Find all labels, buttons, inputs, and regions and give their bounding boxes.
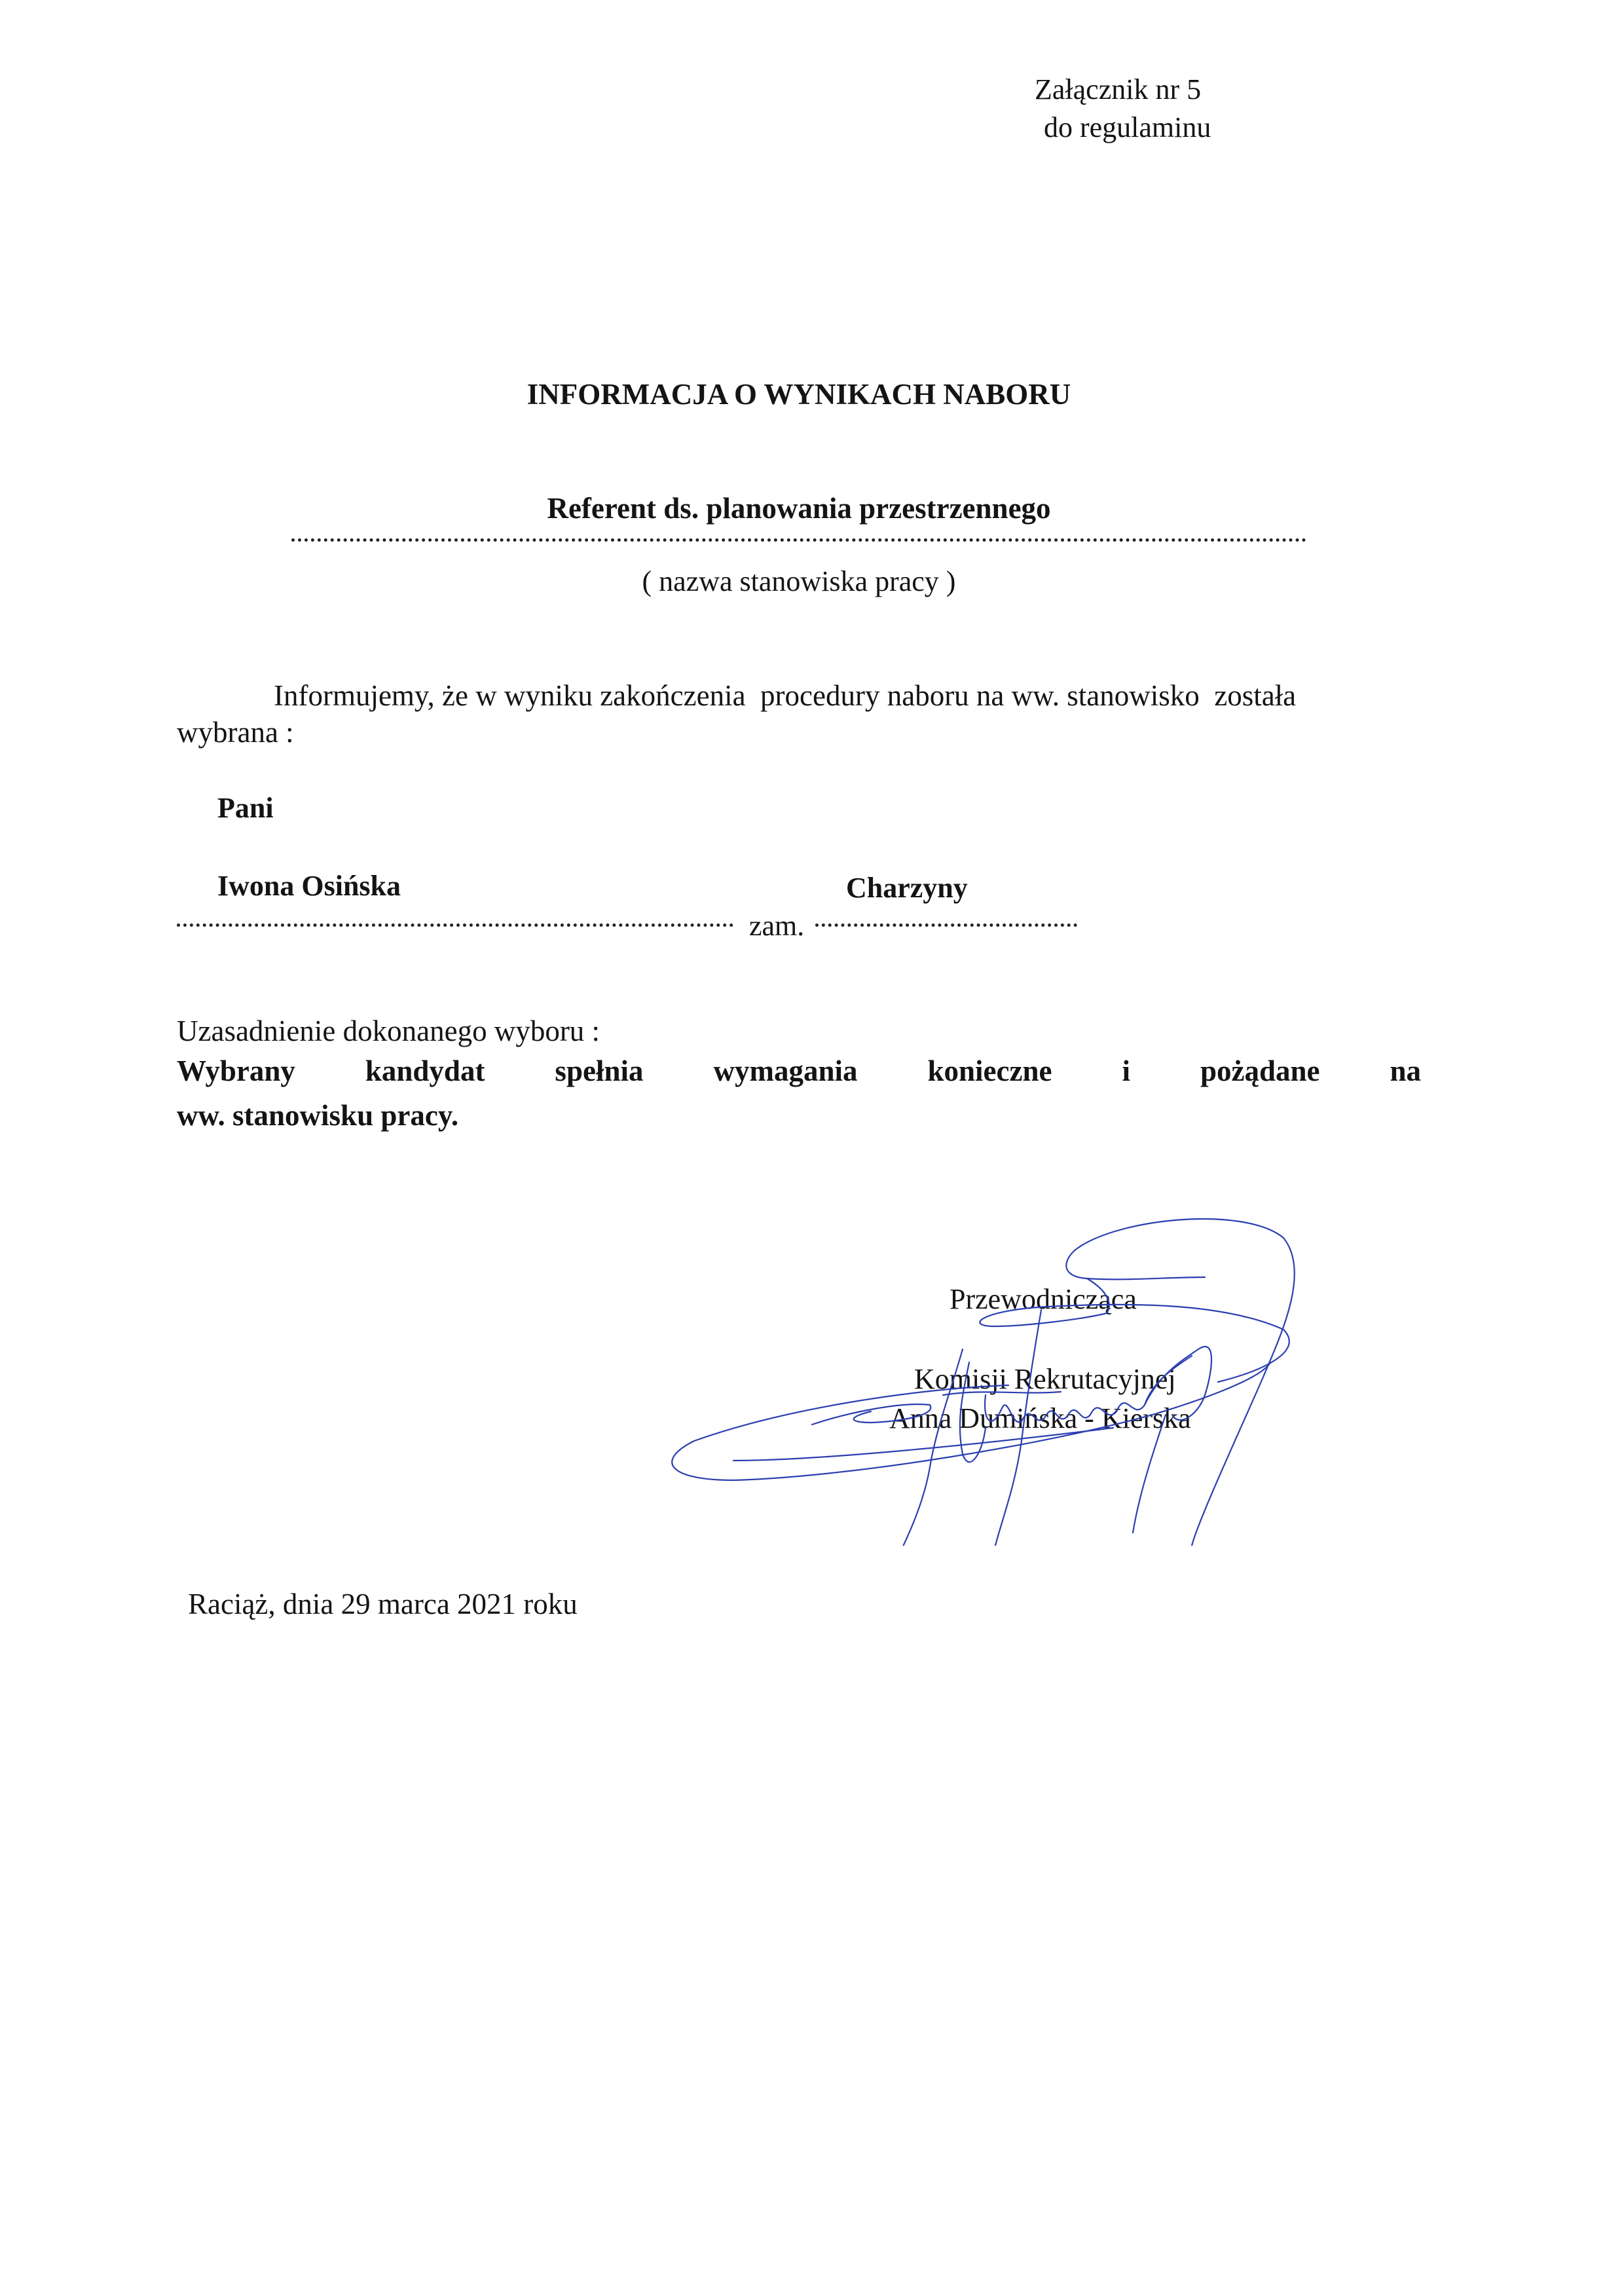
- name-dotted-line: [177, 917, 733, 927]
- candidate-name: Iwona Osińska: [217, 869, 401, 903]
- candidate-residence: Charzyny: [846, 871, 968, 905]
- place-and-date: Raciąż, dnia 29 marca 2021 roku: [188, 1587, 578, 1621]
- annex-reference: Załącznik nr 5 do regulaminu: [1035, 71, 1211, 147]
- signatory-committee: Komisji Rekrutacyjnej: [914, 1362, 1176, 1396]
- signatory-role: Przewodnicząca: [950, 1282, 1137, 1316]
- justification-label: Uzasadnienie dokonanego wyboru :: [177, 1014, 600, 1048]
- residence-label: zam.: [749, 909, 804, 942]
- info-text-line2: wybrana :: [177, 715, 294, 749]
- position-name: Referent ds. planowania przestrzennego: [0, 491, 1598, 525]
- info-text-line1: Informujemy, że w wyniku zakończenia pro…: [274, 679, 1296, 713]
- annex-number: Załącznik nr 5: [1035, 71, 1211, 109]
- document-title: INFORMACJA O WYNIKACH NABORU: [0, 377, 1598, 411]
- candidate-salutation: Pani: [217, 791, 274, 825]
- signatory-name: Anna Dumińska - Kierska: [889, 1402, 1191, 1435]
- residence-dotted-line: [815, 917, 1077, 927]
- annex-regulation: do regulaminu: [1035, 109, 1211, 147]
- justification-text-line1: Wybrany kandydat spełnia wymagania konie…: [177, 1056, 1421, 1086]
- position-caption: ( nazwa stanowiska pracy ): [0, 565, 1598, 598]
- position-dotted-line: [291, 532, 1306, 542]
- document-page: Załącznik nr 5 do regulaminu INFORMACJA …: [0, 0, 1624, 2295]
- justification-text-line2: ww. stanowisku pracy.: [177, 1098, 458, 1132]
